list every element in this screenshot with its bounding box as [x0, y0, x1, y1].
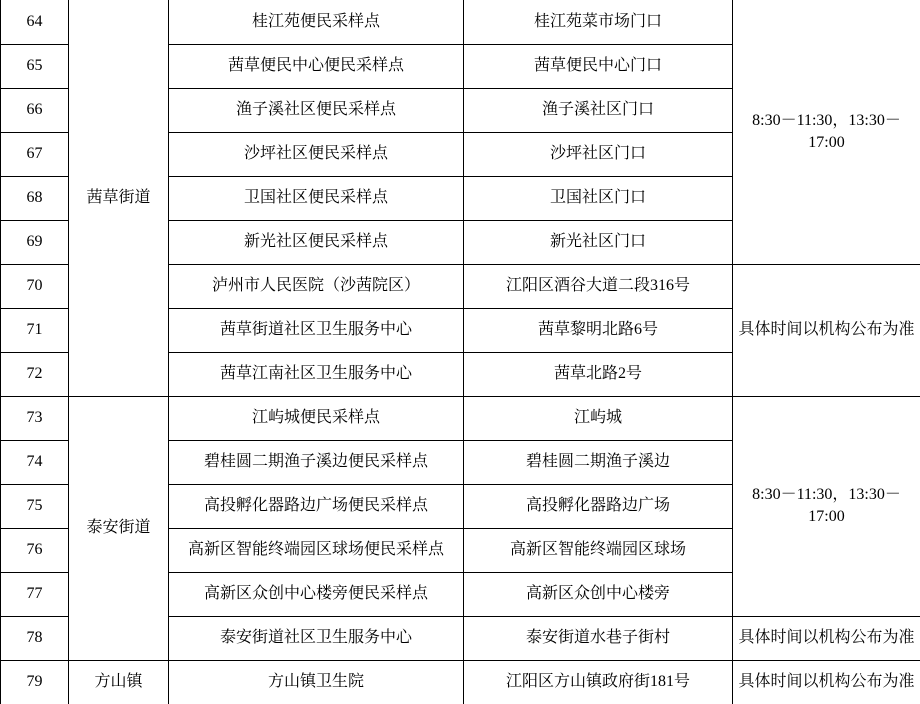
street-group-cell: 泰安街道	[69, 396, 169, 660]
address-cell: 高新区众创中心楼旁	[464, 572, 733, 616]
site-name-cell: 渔子溪社区便民采样点	[169, 88, 464, 132]
address-cell: 茜草北路2号	[464, 352, 733, 396]
address-cell: 茜草便民中心门口	[464, 44, 733, 88]
site-name-cell: 茜草便民中心便民采样点	[169, 44, 464, 88]
site-name-cell: 卫国社区便民采样点	[169, 176, 464, 220]
site-name-cell: 泰安街道社区卫生服务中心	[169, 616, 464, 660]
row-number: 66	[1, 88, 69, 132]
address-cell: 沙坪社区门口	[464, 132, 733, 176]
address-cell: 高投孵化器路边广场	[464, 484, 733, 528]
time-group-cell: 具体时间以机构公布为准	[733, 660, 920, 704]
row-number: 69	[1, 220, 69, 264]
site-name-cell: 江屿城便民采样点	[169, 396, 464, 440]
street-group-cell: 茜草街道	[69, 0, 169, 396]
site-name-cell: 高新区众创中心楼旁便民采样点	[169, 572, 464, 616]
site-name-cell: 茜草江南社区卫生服务中心	[169, 352, 464, 396]
site-name-cell: 高新区智能终端园区球场便民采样点	[169, 528, 464, 572]
site-name-cell: 泸州市人民医院（沙茜院区）	[169, 264, 464, 308]
address-cell: 江阳区酒谷大道二段316号	[464, 264, 733, 308]
site-name-cell: 方山镇卫生院	[169, 660, 464, 704]
row-number: 75	[1, 484, 69, 528]
row-number: 72	[1, 352, 69, 396]
row-number: 65	[1, 44, 69, 88]
time-group-cell: 具体时间以机构公布为准	[733, 616, 920, 660]
site-name-cell: 茜草街道社区卫生服务中心	[169, 308, 464, 352]
row-number: 67	[1, 132, 69, 176]
street-group-cell: 方山镇	[69, 660, 169, 704]
time-group-cell: 8:30－11:30，13:30－ 17:00	[733, 396, 920, 616]
table-row: 73 泰安街道 江屿城便民采样点 江屿城 8:30－11:30，13:30－ 1…	[1, 396, 920, 440]
address-cell: 新光社区门口	[464, 220, 733, 264]
address-cell: 茜草黎明北路6号	[464, 308, 733, 352]
row-number: 76	[1, 528, 69, 572]
address-cell: 泰安街道水巷子街村	[464, 616, 733, 660]
site-name-cell: 碧桂圆二期渔子溪边便民采样点	[169, 440, 464, 484]
table-row: 79 方山镇 方山镇卫生院 江阳区方山镇政府街181号 具体时间以机构公布为准	[1, 660, 920, 704]
site-name-cell: 新光社区便民采样点	[169, 220, 464, 264]
address-cell: 高新区智能终端园区球场	[464, 528, 733, 572]
site-name-cell: 桂江苑便民采样点	[169, 0, 464, 44]
table-row: 64 茜草街道 桂江苑便民采样点 桂江苑菜市场门口 8:30－11:30，13:…	[1, 0, 920, 44]
row-number: 77	[1, 572, 69, 616]
row-number: 64	[1, 0, 69, 44]
site-name-cell: 高投孵化器路边广场便民采样点	[169, 484, 464, 528]
address-cell: 江屿城	[464, 396, 733, 440]
site-name-cell: 沙坪社区便民采样点	[169, 132, 464, 176]
row-number: 73	[1, 396, 69, 440]
address-cell: 卫国社区门口	[464, 176, 733, 220]
address-cell: 江阳区方山镇政府街181号	[464, 660, 733, 704]
row-number: 70	[1, 264, 69, 308]
time-group-cell: 具体时间以机构公布为准	[733, 264, 920, 396]
address-cell: 渔子溪社区门口	[464, 88, 733, 132]
address-cell: 碧桂圆二期渔子溪边	[464, 440, 733, 484]
time-group-cell: 8:30－11:30，13:30－ 17:00	[733, 0, 920, 264]
row-number: 71	[1, 308, 69, 352]
row-number: 79	[1, 660, 69, 704]
address-cell: 桂江苑菜市场门口	[464, 0, 733, 44]
row-number: 78	[1, 616, 69, 660]
row-number: 68	[1, 176, 69, 220]
sampling-site-table: 64 茜草街道 桂江苑便民采样点 桂江苑菜市场门口 8:30－11:30，13:…	[0, 0, 920, 704]
row-number: 74	[1, 440, 69, 484]
